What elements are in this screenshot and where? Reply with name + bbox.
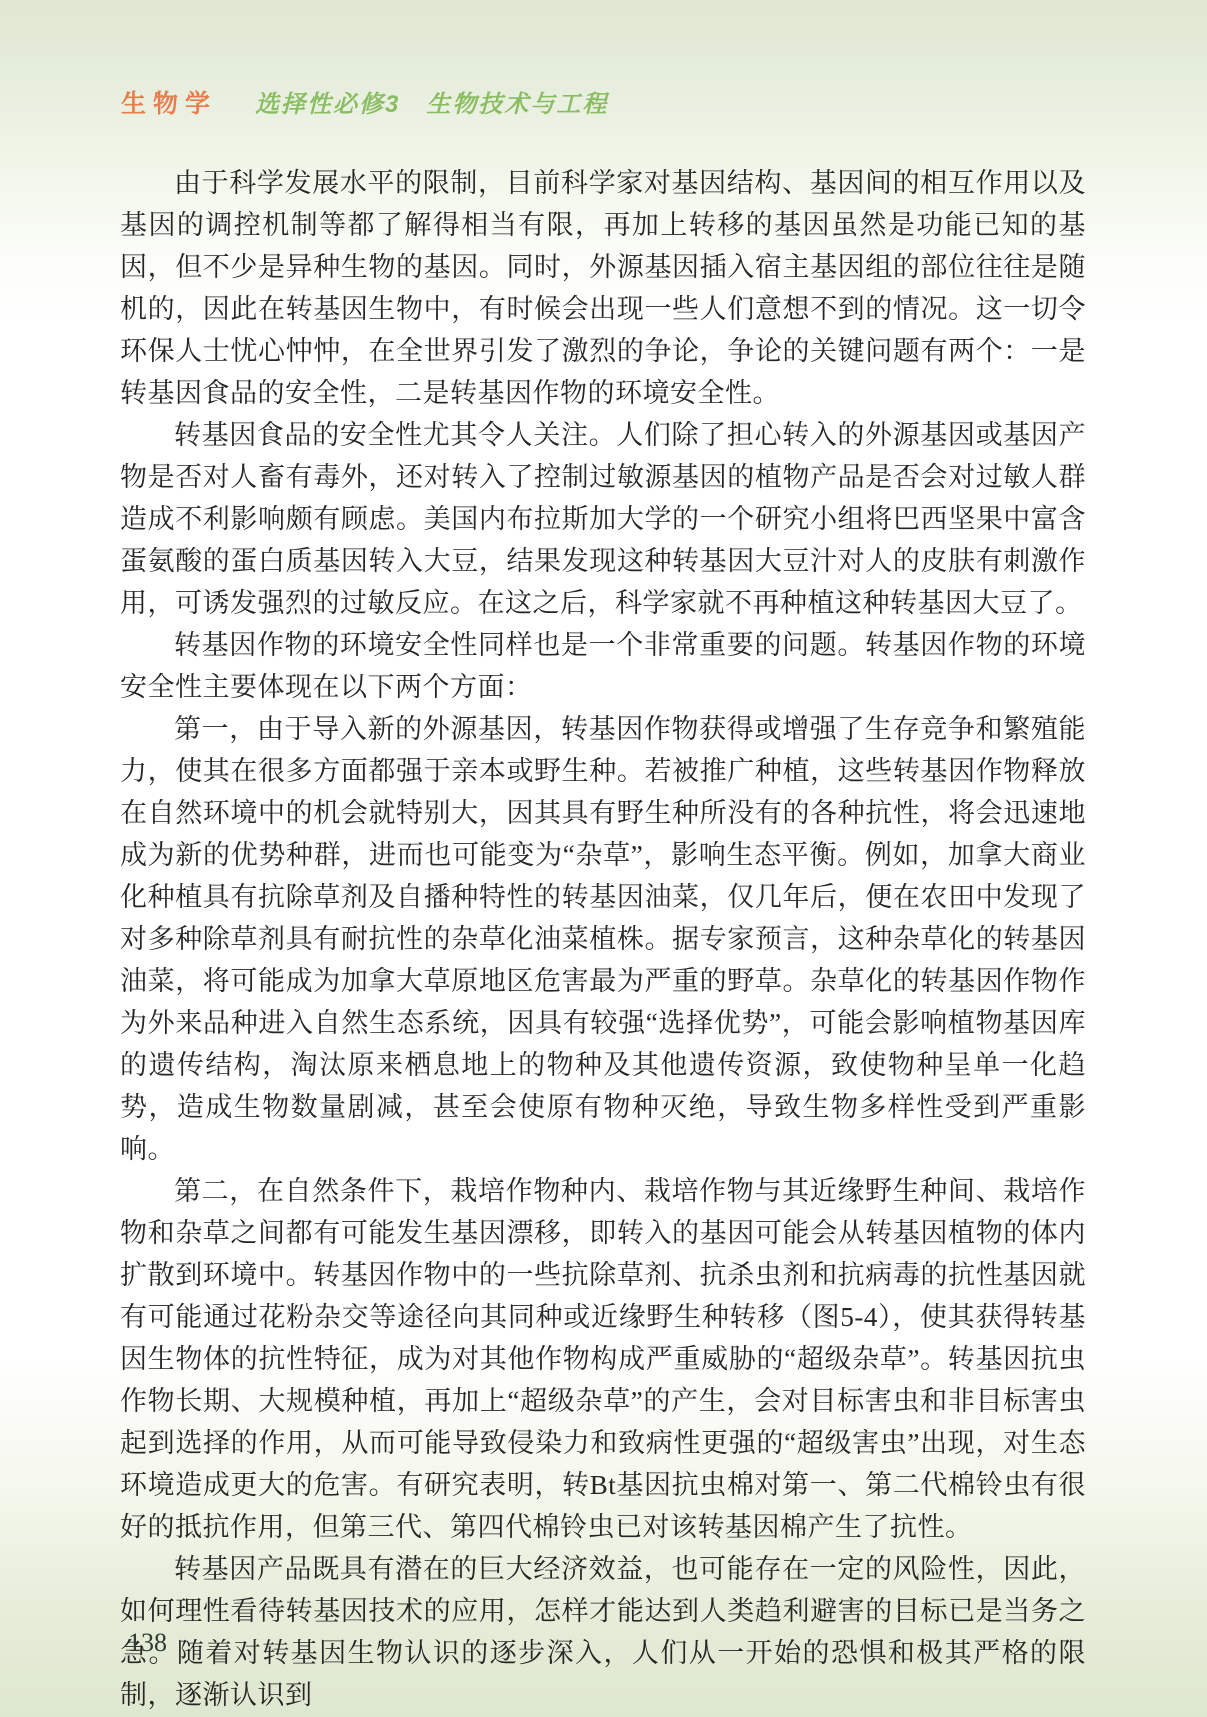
header-course-label: 选择性必修3 生物技术与工程: [255, 84, 608, 119]
paragraph-risk-and-benefit: 转基因产品既具有潜在的巨大经济效益，也可能存在一定的风险性，因此，如何理性看待转…: [120, 1548, 1086, 1716]
paragraph-environment-safety-intro: 转基因作物的环境安全性同样也是一个非常重要的问题。转基因作物的环境安全性主要体现…: [120, 624, 1086, 708]
textbook-page: 生物学 选择性必修3 生物技术与工程 由于科学发展水平的限制，目前科学家对基因结…: [0, 0, 1207, 1717]
page-number: 138: [128, 1628, 167, 1658]
paragraph-first-aspect-superweed: 第一，由于导入新的外源基因，转基因作物获得或增强了生存竞争和繁殖能力，使其在很多…: [120, 708, 1086, 1170]
paragraph-food-safety: 转基因食品的安全性尤其令人关注。人们除了担心转入的外源基因或基因产物是否对人畜有…: [120, 414, 1086, 624]
paragraph-second-aspect-gene-flow: 第二，在自然条件下，栽培作物种内、栽培作物与其近缘野生种间、栽培作物和杂草之间都…: [120, 1170, 1086, 1548]
paragraph-gene-knowledge-limits: 由于科学发展水平的限制，目前科学家对基因结构、基因间的相互作用以及基因的调控机制…: [120, 162, 1086, 414]
body-text-block: 由于科学发展水平的限制，目前科学家对基因结构、基因间的相互作用以及基因的调控机制…: [120, 162, 1086, 1716]
header-subject-label: 生物学: [121, 84, 217, 120]
running-header: 生物学 选择性必修3 生物技术与工程: [121, 84, 608, 120]
